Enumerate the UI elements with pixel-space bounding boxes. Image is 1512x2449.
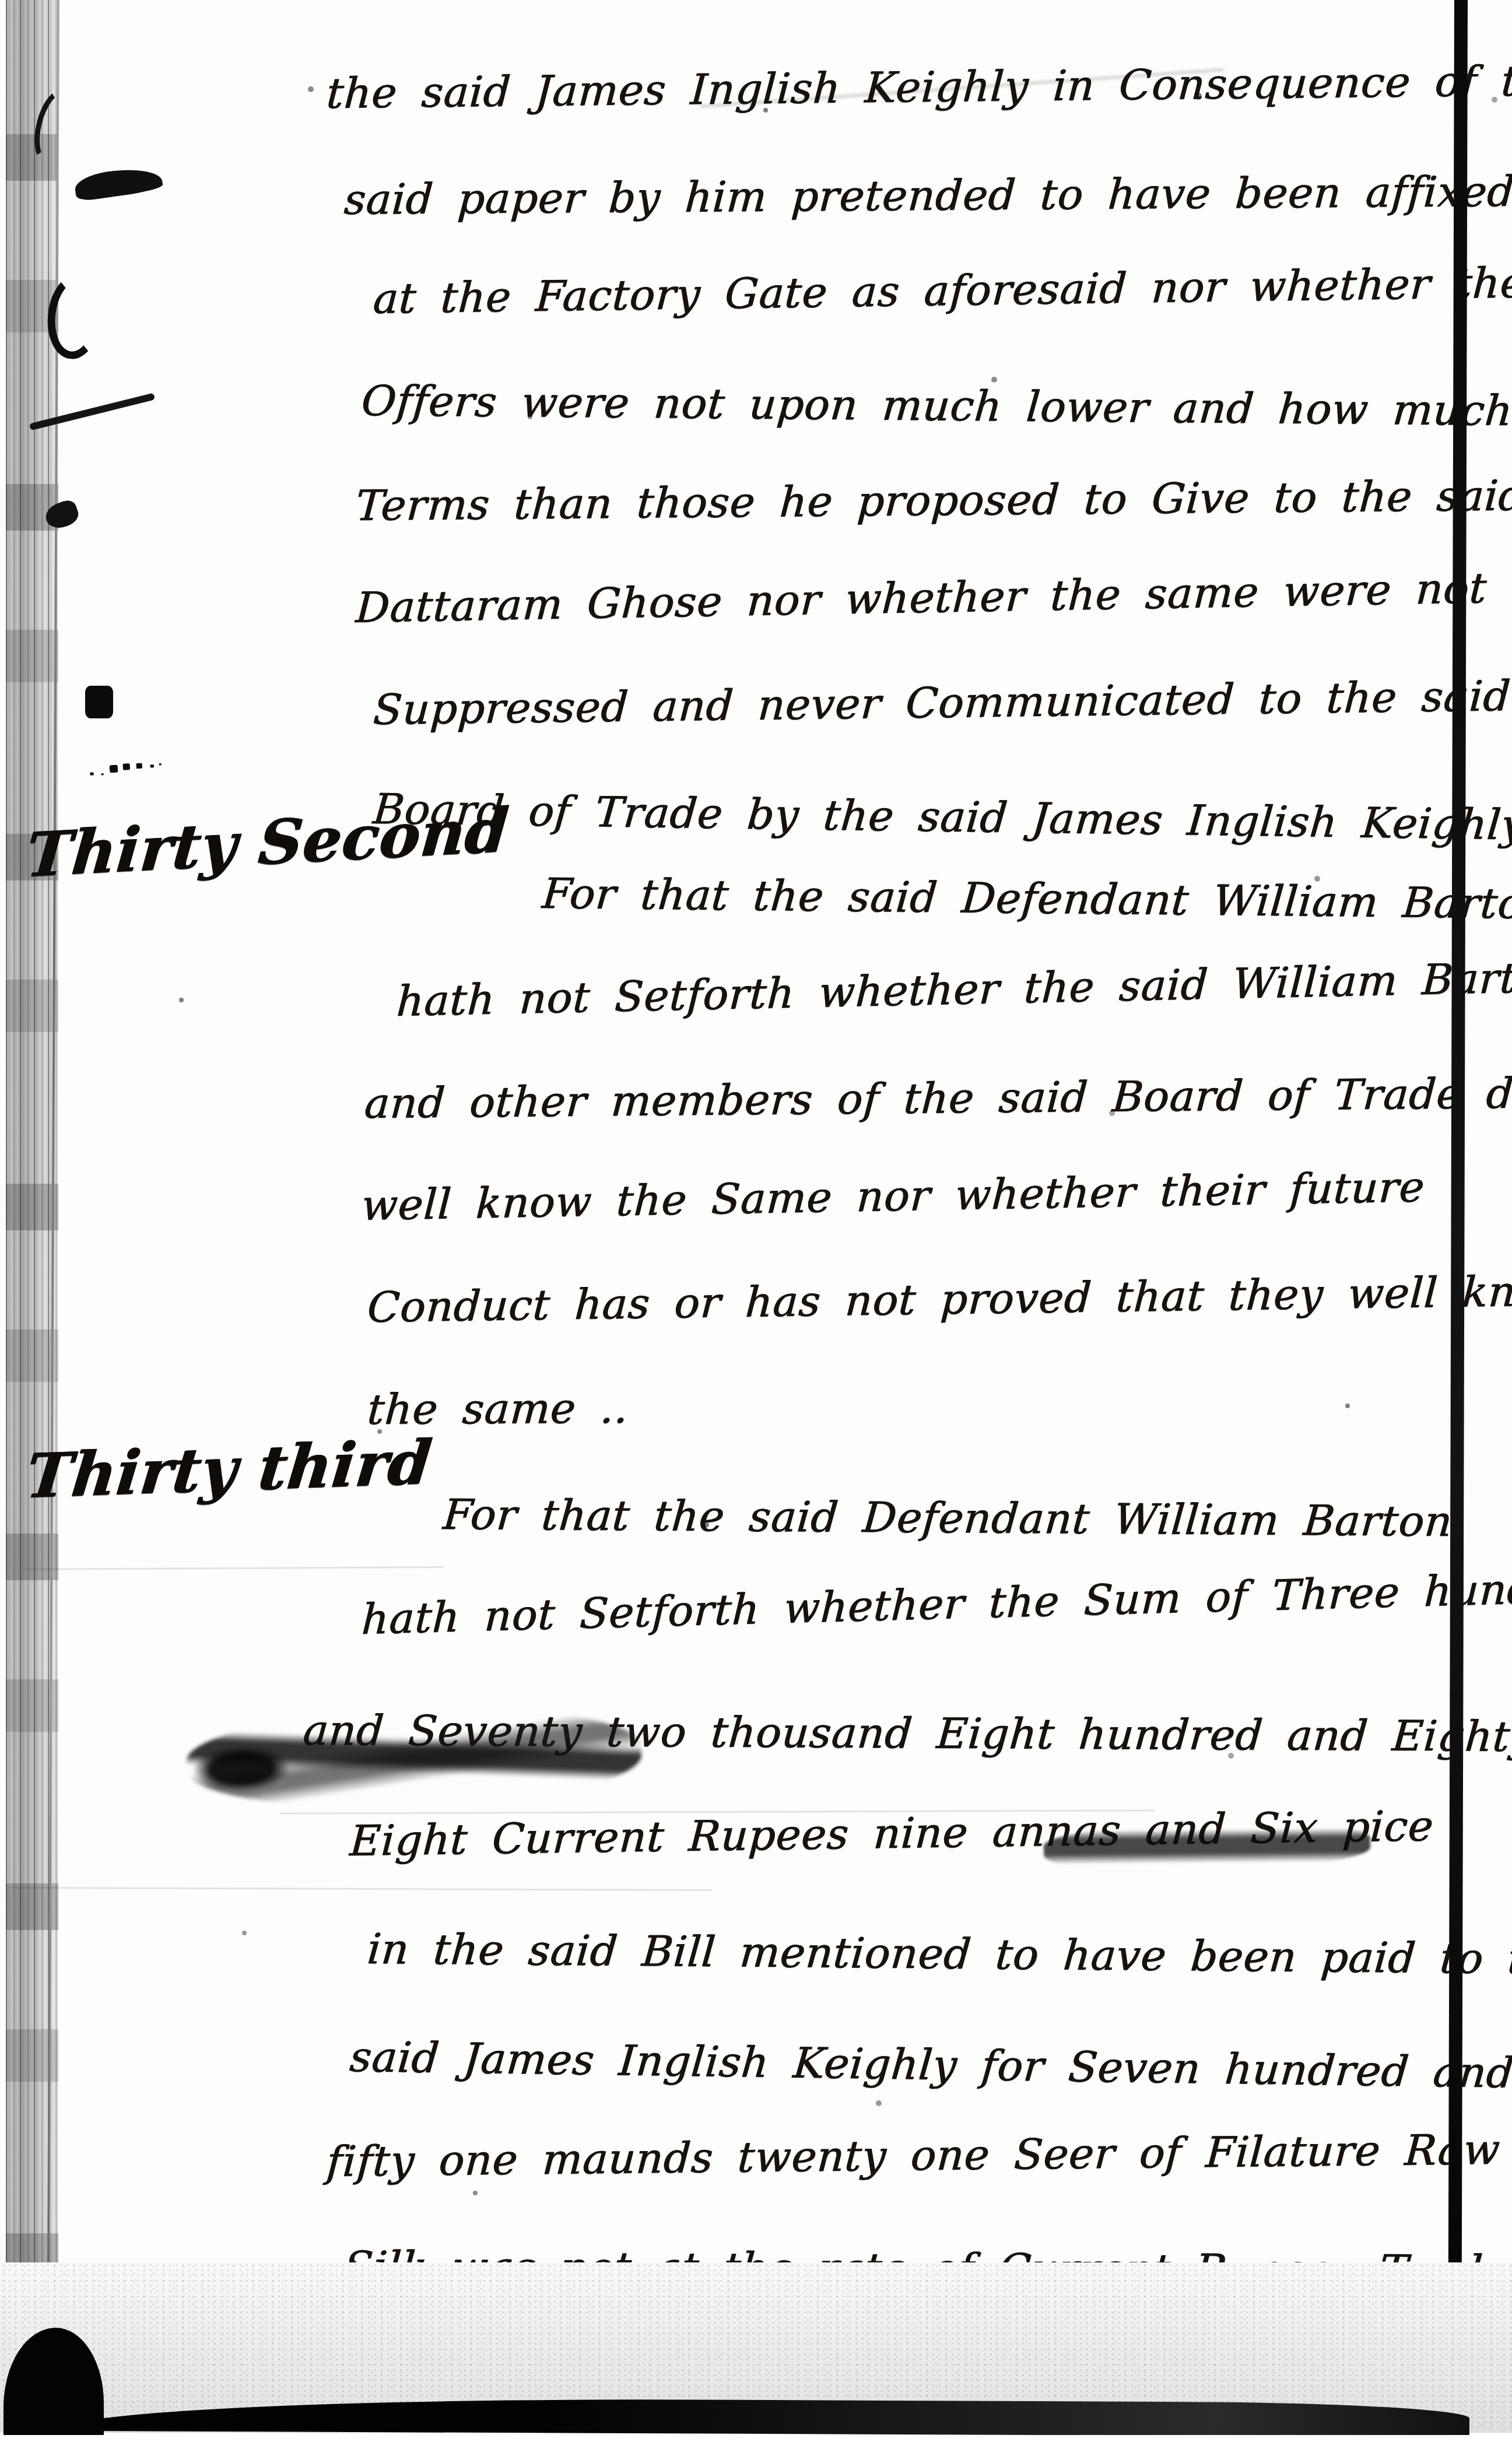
paragraph-number-thirty-second: Thirty Second xyxy=(23,794,511,891)
paragraph-number-thirty-third: Thirty third xyxy=(23,1426,435,1512)
handwritten-line: well know the Same nor whether their fut… xyxy=(360,1162,1426,1230)
handwritten-line: hath not Setforth whether the said Willi… xyxy=(395,952,1512,1026)
handwritten-line: Board of Trade by the said James Inglish… xyxy=(371,784,1512,850)
scan-streak xyxy=(12,1887,711,1891)
handwritten-line: and other members of the said Board of T… xyxy=(363,1068,1512,1128)
ink-smudge xyxy=(185,1703,643,1812)
paper-specks xyxy=(0,0,3,3)
ruled-margin-line xyxy=(1448,0,1468,2402)
margin-ink-hook xyxy=(73,164,164,202)
handwritten-line: Dattaram Ghose nor whether the same were… xyxy=(355,563,1488,632)
margin-ink-blob xyxy=(85,686,113,718)
scan-streak xyxy=(23,1566,443,1570)
margin-dot-marks xyxy=(110,765,118,773)
handwritten-line: Offers were not upon much lower and how … xyxy=(360,376,1512,436)
handwritten-line: the said James Inglish Keighly in Conseq… xyxy=(325,56,1512,118)
handwritten-line: For that the said Defendant William Bart… xyxy=(541,869,1512,928)
handwritten-line: Suppressed and never Communicated to the… xyxy=(372,671,1512,734)
handwritten-line: For that the said Defendant William Bart… xyxy=(441,1490,1454,1546)
handwritten-line: Terms than those he proposed to Give to … xyxy=(354,471,1512,530)
handwritten-line: in the said Bill mentioned to have been … xyxy=(366,1924,1512,1984)
handwritten-line: Conduct has or has not proved that they … xyxy=(366,1266,1512,1332)
handwritten-line: fifty one maunds twenty one Seer of Fila… xyxy=(325,2125,1502,2186)
handwritten-line: said paper by him pretended to have been… xyxy=(342,167,1512,224)
handwritten-line: said James Inglish Keighly for Seven hun… xyxy=(348,2032,1512,2097)
handwritten-line: the same .. xyxy=(366,1384,630,1434)
scanned-manuscript-page: the said James Inglish Keighly in Conseq… xyxy=(0,0,1512,2449)
scan-bottom-margin xyxy=(0,2435,1512,2449)
handwritten-line: at the Factory Gate as aforesaid nor whe… xyxy=(372,257,1512,323)
handwritten-line: hath not Setforth whether the Sum of Thr… xyxy=(360,1562,1512,1644)
